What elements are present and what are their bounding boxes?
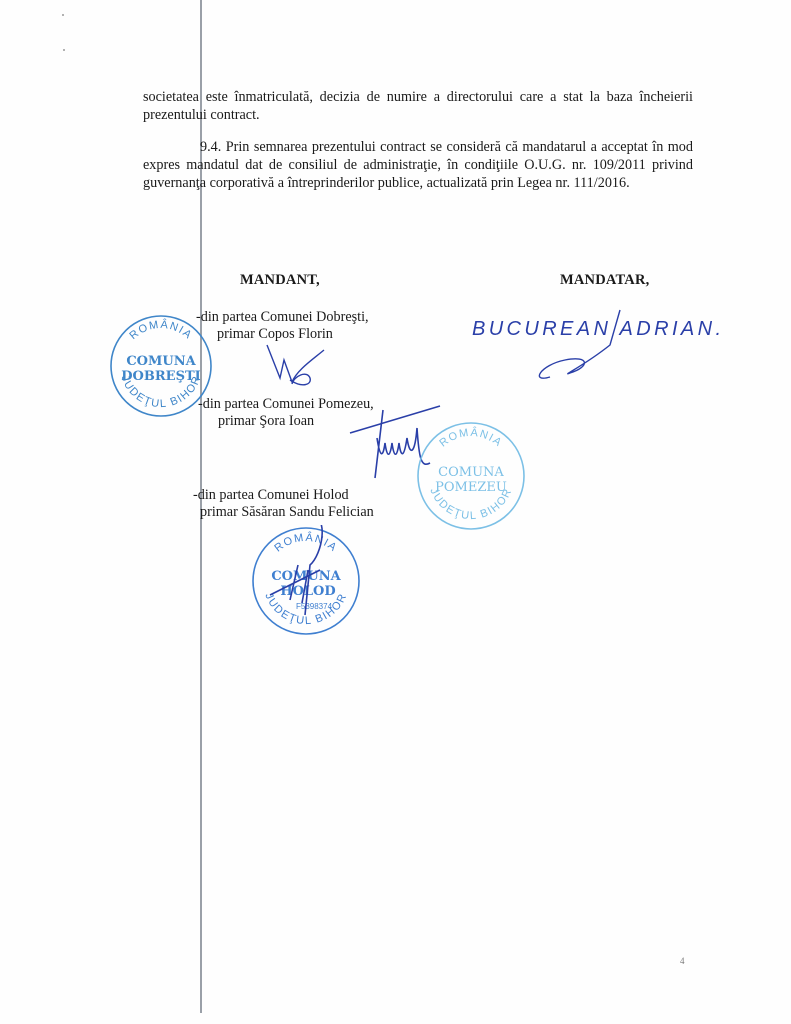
document-page: societatea este înmatriculată, decizia d… xyxy=(0,0,791,1024)
svg-text:BUCUREAN ADRIAN.: BUCUREAN ADRIAN. xyxy=(472,318,722,340)
mandant-heading: MANDANT, xyxy=(240,272,320,289)
page-number: 4 xyxy=(680,956,685,966)
paragraph-continuation: societatea este înmatriculată, decizia d… xyxy=(143,88,693,124)
svg-text:COMUNA: COMUNA xyxy=(126,354,196,369)
svg-text:DOBREŞTI: DOBREŞTI xyxy=(121,369,200,384)
signature-copos-florin xyxy=(262,340,332,395)
mandatar-handwritten-signature: BUCUREAN ADRIAN. xyxy=(470,305,740,385)
paragraph-9-4: 9.4. Prin semnarea prezentului contract … xyxy=(143,138,693,192)
signatory-pomezeu-line2: primar Şora Ioan xyxy=(218,413,314,430)
signatory-dobresti-line1: -din partea Comunei Dobreşti, xyxy=(196,309,369,326)
svg-text:COMUNA: COMUNA xyxy=(438,465,504,480)
stamp-comuna-dobresti: ROMÂNIA COMUNA DOBREŞTI JUDEŢUL BIHOR xyxy=(108,313,214,419)
paragraph-text: societatea este înmatriculată, decizia d… xyxy=(143,89,693,123)
svg-text:POMEZEU: POMEZEU xyxy=(435,480,507,495)
paragraph-text: 9.4. Prin semnarea prezentului contract … xyxy=(143,139,693,191)
signatory-holod-line1: -din partea Comunei Holod xyxy=(193,487,349,504)
stamp-comuna-holod: ROMÂNIA COMUNA HOLOD F5398374 JUDEŢUL BI… xyxy=(250,525,362,637)
signatory-holod-line2: primar Săsăran Sandu Felician xyxy=(200,504,374,521)
mandatar-heading: MANDATAR, xyxy=(560,272,649,289)
scan-speck xyxy=(62,14,64,16)
stamp-comuna-pomezeu: ROMÂNIA COMUNA POMEZEU JUDEŢUL BIHOR xyxy=(415,420,527,532)
scan-speck xyxy=(63,49,65,51)
